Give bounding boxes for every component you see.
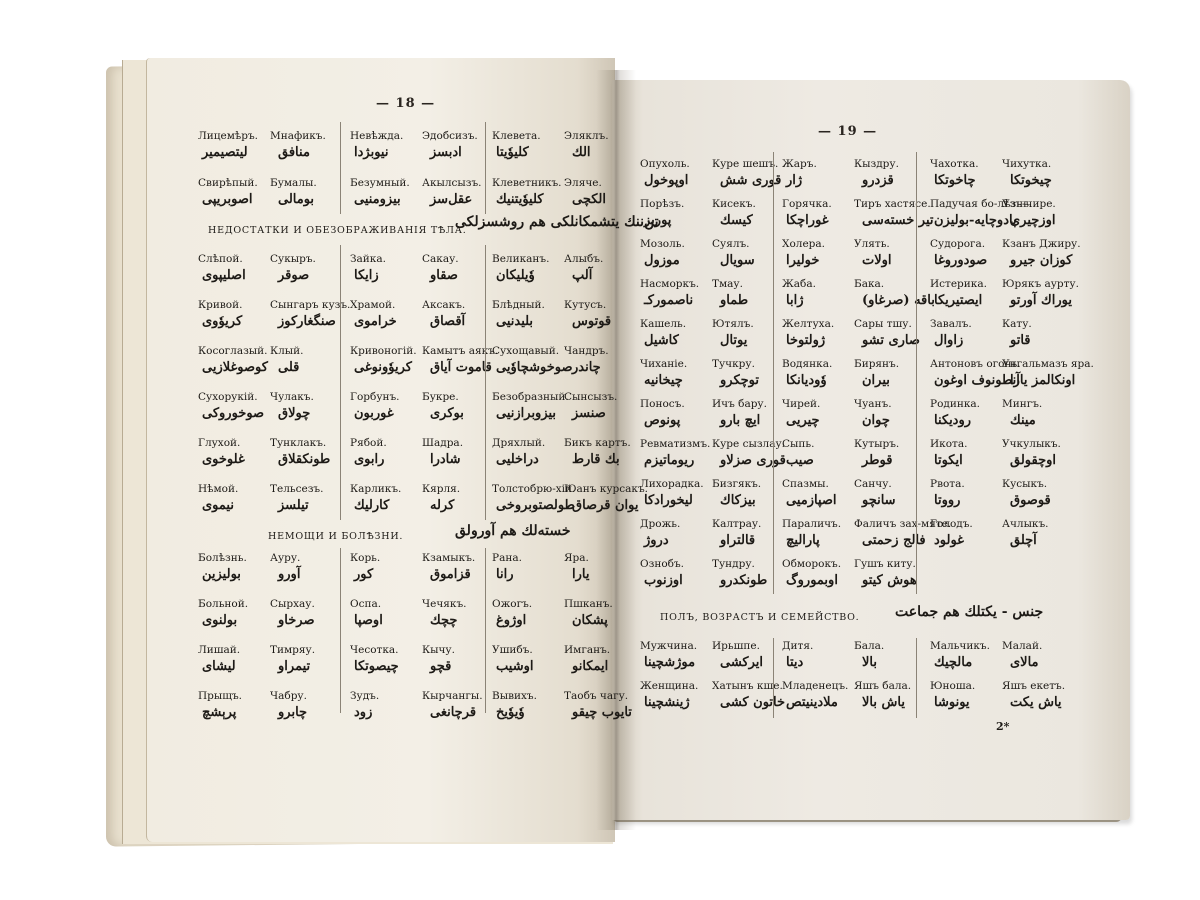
tatar-term-arabic-script: يوتال [720, 333, 747, 348]
tatar-term-cyrillic: Букре. [422, 391, 459, 403]
tatar-term-arabic-script: يارا [572, 567, 589, 582]
russian-term: Блѣдный. [492, 299, 545, 311]
tatar-term-cyrillic: Кыздру. [854, 158, 899, 170]
russian-term: Холера. [782, 238, 825, 250]
tatar-term-cyrillic: Эляче. [564, 177, 602, 189]
russian-term: Невѣжда. [350, 130, 403, 142]
russian-term-arabic-script: صيب [786, 453, 814, 468]
russian-term-arabic-script: ليخورادكا [644, 493, 693, 508]
tatar-term-arabic-script: هوش كيتو [862, 573, 917, 588]
russian-term: Сыпь. [782, 438, 814, 450]
russian-term-arabic-script: وٗوديانكا [786, 373, 827, 388]
tatar-term-cyrillic: Кату. [1002, 318, 1032, 330]
russian-term-arabic-script: كاشيل [644, 333, 679, 348]
russian-term: Параличъ. [782, 518, 841, 530]
page-number-left: — 18 — [376, 96, 435, 111]
russian-term: Слѣпой. [198, 253, 243, 265]
tatar-term-arabic-script: خاتون كشى [720, 695, 785, 710]
tatar-term-cyrillic: Кзамыкъ. [422, 552, 475, 564]
russian-term-arabic-script: اوصپا [354, 613, 383, 628]
russian-term: Безумный. [350, 177, 410, 189]
russian-term: Клевета. [492, 130, 541, 142]
tatar-term-cyrillic: Тмау. [712, 278, 743, 290]
russian-term-arabic-script: كليوٗيتنيك [496, 192, 543, 207]
russian-term-arabic-script: ژابا [786, 293, 803, 308]
tatar-term-arabic-script: صارى تشو [862, 333, 920, 348]
tatar-term-cyrillic: Ауру. [270, 552, 300, 564]
russian-term-arabic-script: ريوماتيزم [644, 453, 694, 468]
russian-term-arabic-script: چيصوتكا [354, 659, 399, 674]
tatar-term-arabic-script: ياش يكت [1010, 695, 1062, 710]
column-rule [340, 122, 341, 214]
russian-term-arabic-script: ژولتوخا [786, 333, 825, 348]
russian-term: Кривоногій. [350, 345, 417, 357]
russian-term: Горячка. [782, 198, 832, 210]
open-book: — 18 — — 19 — Лицемѣръ.Мнафикъ.ليتصيميرم… [0, 0, 1200, 900]
tatar-term-cyrillic: Акылсызъ. [422, 177, 482, 189]
tatar-term-cyrillic: Юанъ курсакъ. [564, 483, 648, 495]
tatar-term-arabic-script: ايمكانو [572, 659, 608, 674]
russian-term-arabic-script: ليتصيمير [202, 145, 248, 160]
russian-term: Обморокъ. [782, 558, 841, 570]
russian-term: Чиханіе. [640, 358, 687, 370]
tatar-term-arabic-script: قزدرو [862, 173, 894, 188]
russian-term-arabic-script: اصپازميى [786, 493, 837, 508]
tatar-term-arabic-script: بوكرى [430, 406, 464, 421]
tatar-term-cyrillic: Тимряу. [270, 644, 315, 656]
tatar-term-cyrillic: Кутусъ. [564, 299, 606, 311]
russian-term: Младенецъ. [782, 680, 848, 692]
russian-term-arabic-script: ناصموركـ [644, 293, 693, 308]
tatar-term-arabic-script: صنسز [572, 406, 606, 421]
tatar-term-arabic-script: طونكدرو [720, 573, 767, 588]
russian-term: Дряхлый. [492, 437, 545, 449]
tatar-term-cyrillic: Кисекъ. [712, 198, 756, 210]
tatar-term-arabic-script: چچك [430, 613, 457, 628]
tatar-term-cyrillic: Сукыръ. [270, 253, 316, 265]
tatar-term-cyrillic: Имганъ. [564, 644, 610, 656]
russian-term: Кривой. [198, 299, 242, 311]
tatar-term-arabic-script: مالاى [1010, 655, 1039, 670]
russian-term-arabic-script: زاوال [934, 333, 963, 348]
russian-term: Водянка. [782, 358, 832, 370]
russian-term: Сухощавый. [492, 345, 559, 357]
tatar-term-cyrillic: Кычу. [422, 644, 455, 656]
tatar-term-arabic-script: باقه (صرغاو) [862, 293, 935, 308]
russian-term-arabic-script: اصوبريپى [202, 192, 253, 207]
tatar-term-arabic-script: يوراك آورتو [1010, 293, 1072, 308]
russian-term-arabic-script: دروژ [644, 533, 669, 548]
tatar-term-cyrillic: Кусыкъ. [1002, 478, 1047, 490]
tatar-term-arabic-script: كيسك [720, 213, 753, 228]
russian-term-arabic-script: نيموى [202, 498, 234, 513]
russian-term-arabic-script: صودوروغا [934, 253, 987, 268]
tatar-term-arabic-script: قچو [430, 659, 451, 674]
russian-term: Корь. [350, 552, 380, 564]
russian-term-arabic-script: يونوشا [934, 695, 970, 710]
russian-term-arabic-script: زود [354, 705, 372, 720]
russian-term-arabic-script: ژار [786, 173, 802, 188]
tatar-term-arabic-script: كرله [430, 498, 454, 513]
section-heading-illness-ar: خسته‌لك هم آورولق [455, 523, 571, 539]
russian-term-arabic-script: اوزنوب [644, 573, 683, 588]
russian-term-arabic-script: ملادينيتص [786, 695, 838, 710]
tatar-term-cyrillic: Ачлыкъ. [1002, 518, 1049, 530]
russian-term-arabic-script: ژينشچينا [644, 695, 690, 710]
russian-term-arabic-script: كليوٗيتا [496, 145, 529, 160]
russian-term-arabic-script: روديكنا [934, 413, 971, 428]
russian-term: Опухоль. [640, 158, 690, 170]
tatar-term-cyrillic: Чихутка. [1002, 158, 1051, 170]
tatar-term-arabic-script: تيمراو [278, 659, 310, 674]
russian-term-arabic-script: طولصتوبروخى [496, 498, 575, 513]
russian-term-arabic-script: غولود [934, 533, 964, 548]
tatar-term-arabic-script: بالا [862, 655, 877, 670]
tatar-term-arabic-script: قلى [278, 360, 299, 375]
tatar-term-arabic-script: الك [572, 145, 591, 160]
tatar-term-arabic-script: ايچ بارو [720, 413, 760, 428]
tatar-term-arabic-script: آچلق [1010, 533, 1037, 548]
tatar-term-cyrillic: Чабру. [270, 690, 307, 702]
russian-term: Женщина. [640, 680, 698, 692]
tatar-term-arabic-script: اونكالمز يارا [1010, 373, 1075, 388]
russian-term: Желтуха. [782, 318, 834, 330]
russian-term: Горбунъ. [350, 391, 400, 403]
tatar-term-arabic-script: پشكان [572, 613, 608, 628]
russian-term-arabic-script: موزول [644, 253, 680, 268]
page-number-right: — 19 — [818, 124, 877, 139]
tatar-term-arabic-script: طماو [720, 293, 748, 308]
russian-term-arabic-script: چيريى [786, 413, 820, 428]
russian-term: Болѣзнь. [198, 552, 247, 564]
tatar-term-arabic-script: اوچقولق [1010, 453, 1056, 468]
russian-term-arabic-script: ديتا [786, 655, 803, 670]
column-rule [485, 548, 486, 713]
russian-term-arabic-script: ليشاى [202, 659, 236, 674]
russian-term: Дитя. [782, 640, 813, 652]
tatar-term-arabic-script: مينك [1010, 413, 1036, 428]
russian-term-arabic-script: موژشچينا [644, 655, 695, 670]
russian-term: Глухой. [198, 437, 240, 449]
tatar-term-arabic-script: قالتراو [720, 533, 755, 548]
tatar-term-cyrillic: Тундру. [712, 558, 755, 570]
tatar-term-cyrillic: Бизгякъ. [712, 478, 761, 490]
russian-term: Чахотка. [930, 158, 979, 170]
tatar-term-cyrillic: Тельсезъ. [270, 483, 323, 495]
russian-term: Зудъ. [350, 690, 379, 702]
russian-term: Свирѣпый. [198, 177, 258, 189]
column-rule [916, 152, 917, 594]
tatar-term-cyrillic: Учкулыкъ. [1002, 438, 1061, 450]
section-heading-family-ru: ПОЛЪ, ВОЗРАСТЪ И СЕМЕЙСТВО. [660, 612, 859, 623]
tatar-term-cyrillic: Сары тшу. [854, 318, 912, 330]
tatar-term-arabic-script: الكچى [572, 192, 606, 207]
tatar-term-arabic-script: آقصاق [430, 314, 465, 329]
russian-term: Порѣзъ. [640, 198, 684, 210]
tatar-term-cyrillic: Эляклъ. [564, 130, 609, 142]
tatar-term-cyrillic: Кутыръ. [854, 438, 899, 450]
tatar-term-cyrillic: Аксакъ. [422, 299, 465, 311]
russian-term-arabic-script: مالچيك [934, 655, 972, 670]
tatar-term-cyrillic: Чандръ. [564, 345, 609, 357]
tatar-term-arabic-script: چوان [862, 413, 890, 428]
tatar-term-arabic-script: ادبسز [430, 145, 462, 160]
tatar-term-arabic-script: بيزكاك [720, 493, 756, 508]
russian-term: Храмой. [350, 299, 395, 311]
tatar-term-arabic-script: قوطر [862, 453, 892, 468]
russian-term: Дрожь. [640, 518, 680, 530]
tatar-term-arabic-script: طونكقلاق [278, 452, 330, 467]
russian-term-arabic-script: كريوٗونوغى [354, 360, 412, 375]
russian-term-arabic-script: ايكوتا [934, 453, 963, 468]
tatar-term-arabic-script: بك قارط [572, 452, 620, 467]
russian-term: Клеветникъ. [492, 177, 562, 189]
russian-term: Рвота. [930, 478, 965, 490]
tatar-term-cyrillic: Сырхау. [270, 598, 315, 610]
russian-term: Оспа. [350, 598, 381, 610]
tatar-term-cyrillic: Мингъ. [1002, 398, 1042, 410]
russian-term-arabic-script: كور [354, 567, 373, 582]
russian-term-arabic-script: وٗيوٗيخ [496, 705, 525, 720]
russian-term-arabic-script: كارليك [354, 498, 389, 513]
russian-term: Нѣмой. [198, 483, 238, 495]
tatar-term-arabic-script: يوان قرصاق [572, 498, 639, 513]
russian-term: Кашель. [640, 318, 686, 330]
tatar-term-cyrillic: Камытъ аякъ. [422, 345, 498, 357]
russian-term-arabic-script: كوصوغلازيى [202, 360, 268, 375]
russian-term-arabic-script: رانا [496, 567, 513, 582]
russian-term: Прыщъ. [198, 690, 242, 702]
tatar-term-cyrillic: Гушъ киту. [854, 558, 916, 570]
tatar-term-cyrillic: Тучкру. [712, 358, 755, 370]
russian-term-arabic-script: بليدنيى [496, 314, 533, 329]
tatar-term-cyrillic: Алыбъ. [564, 253, 603, 265]
tatar-term-arabic-script: اولات [862, 253, 892, 268]
tatar-term-cyrillic: Яшъ екетъ. [1002, 680, 1065, 692]
tatar-term-cyrillic: Пшканъ. [564, 598, 613, 610]
russian-term: Больной. [198, 598, 248, 610]
tatar-term-cyrillic: Сынсызъ. [564, 391, 617, 403]
tatar-term-arabic-script: شادرا [430, 452, 461, 467]
russian-term-arabic-script: غوراچكا [786, 213, 829, 228]
tatar-term-cyrillic: Чулакъ. [270, 391, 314, 403]
russian-term: Родинка. [930, 398, 980, 410]
russian-term: Мужчина. [640, 640, 697, 652]
russian-term-arabic-script: اوژوغ [496, 613, 526, 628]
russian-term: Истерика. [930, 278, 987, 290]
tatar-term-cyrillic: Таобъ чагу. [564, 690, 628, 702]
section-heading-defects-ru: НЕДОСТАТКИ И ОБЕЗОБРАЖИВАНІЯ ТѢЛА. [208, 225, 467, 236]
russian-term-arabic-script: چيخانيه [644, 373, 683, 388]
column-rule [485, 122, 486, 214]
tatar-term-cyrillic: Улять. [854, 238, 890, 250]
russian-term-arabic-script: دراخليى [496, 452, 539, 467]
tatar-term-cyrillic: Бала. [854, 640, 884, 652]
russian-term: Рана. [492, 552, 522, 564]
left-page [146, 58, 615, 842]
tatar-term-cyrillic: Яра. [564, 552, 589, 564]
tatar-term-cyrillic: Бикъ картъ. [564, 437, 631, 449]
tatar-term-cyrillic: Санчу. [854, 478, 892, 490]
russian-term: Мозоль. [640, 238, 685, 250]
russian-term-arabic-script: پرېشچ [202, 705, 236, 720]
section-heading-illness-ru: НЕМОЩИ И БОЛѢЗНИ. [268, 531, 403, 542]
russian-term-arabic-script: پونوص [644, 413, 680, 428]
tatar-term-cyrillic: Кырчангы. [422, 690, 483, 702]
russian-term-arabic-script: بولنوى [202, 613, 237, 628]
tatar-term-cyrillic: Сакау. [422, 253, 459, 265]
russian-term-arabic-script: نيوبژدا [354, 145, 388, 160]
tatar-term-cyrillic: Бумалы. [270, 177, 317, 189]
russian-term-arabic-script: چاخوتكا [934, 173, 976, 188]
column-rule [340, 548, 341, 713]
tatar-term-arabic-script: بومالى [278, 192, 314, 207]
column-rule [340, 245, 341, 520]
tatar-term-cyrillic: Ирьшпе. [712, 640, 760, 652]
tatar-term-arabic-script: بيران [862, 373, 890, 388]
tatar-term-arabic-script: تايوب چيقو [572, 705, 632, 720]
tatar-term-cyrillic: Калтрау. [712, 518, 761, 530]
russian-term: Мальчикъ. [930, 640, 990, 652]
tatar-term-arabic-script: قاموت آياق [430, 360, 492, 375]
russian-term-arabic-script: غوربون [354, 406, 394, 421]
tatar-term-cyrillic: Клый. [270, 345, 304, 357]
russian-term-arabic-script: وٗيليكان [496, 268, 535, 283]
tatar-term-arabic-script: قورى صزلاو [720, 453, 786, 468]
tatar-term-cyrillic: Ютялъ. [712, 318, 754, 330]
tatar-term-arabic-script: قاتو [1010, 333, 1031, 348]
russian-term-arabic-script: خوليرا [786, 253, 819, 268]
tatar-term-arabic-script: قرچانغى [430, 705, 476, 720]
russian-term-arabic-script: غلوخوى [202, 452, 245, 467]
tatar-term-cyrillic: Чечякъ. [422, 598, 466, 610]
tatar-term-cyrillic: Мнафикъ. [270, 130, 326, 142]
russian-term: Жаръ. [782, 158, 817, 170]
tatar-term-arabic-script: صرخاو [278, 613, 315, 628]
russian-term-arabic-script: ايصتيريكا [934, 293, 982, 308]
tatar-term-arabic-script: صقاو [430, 268, 458, 283]
russian-term-arabic-script: آنطونوف اوغون [934, 373, 1020, 388]
tatar-term-cyrillic: Яшъ бала. [854, 680, 911, 692]
tatar-term-arabic-script: قوصوق [1010, 493, 1051, 508]
russian-term-arabic-script: رووتا [934, 493, 960, 508]
russian-term: Голодъ. [930, 518, 973, 530]
tatar-term-arabic-script: چابرو [278, 705, 307, 720]
russian-term-arabic-script: پاراليچ [786, 533, 820, 548]
russian-term: Толстобрю-хій. [492, 483, 575, 495]
russian-term-arabic-script: اصليپوى [202, 268, 246, 283]
tatar-term-cyrillic: Кярля. [422, 483, 460, 495]
section-heading-family-ar: جنس - يكتلك هم جماعت [895, 604, 1043, 620]
russian-term: Карликъ. [350, 483, 401, 495]
tatar-term-cyrillic: Тиръ хастясе. [854, 198, 931, 210]
russian-term-arabic-script: صوخوشچاوٗيى [496, 360, 572, 375]
russian-term: Рябой. [350, 437, 387, 449]
tatar-term-cyrillic: Чуанъ. [854, 398, 892, 410]
russian-term: Лишай. [198, 644, 240, 656]
tatar-term-cyrillic: Суялъ. [712, 238, 750, 250]
russian-term: Вывихъ. [492, 690, 537, 702]
russian-term: Великанъ. [492, 253, 549, 265]
russian-term: Зайка. [350, 253, 386, 265]
column-rule [916, 638, 917, 718]
tatar-term-cyrillic: Тунклакъ. [270, 437, 326, 449]
column-rule [773, 152, 774, 594]
tatar-term-arabic-script: آلپ [572, 268, 592, 283]
tatar-term-arabic-script: قزاموق [430, 567, 471, 582]
printer-signature-mark: 2* [996, 720, 1009, 733]
russian-term: Ревматизмъ. [640, 438, 710, 450]
russian-term-arabic-script: اوشيب [496, 659, 533, 674]
russian-term: Сухорукій. [198, 391, 258, 403]
tatar-term-arabic-script: كوزان جيرو [1010, 253, 1072, 268]
russian-term: Безобразный. [492, 391, 569, 403]
tatar-term-arabic-script: قوتوس [572, 314, 611, 329]
tatar-term-cyrillic: Сынгаръ кузъ. [270, 299, 350, 311]
tatar-term-arabic-script: صوقر [278, 268, 309, 283]
tatar-term-arabic-script: صنگغاركوز [278, 314, 336, 329]
tatar-term-arabic-script: چيخوتكا [1010, 173, 1052, 188]
russian-term-arabic-script: بوليزين [202, 567, 241, 582]
tatar-term-cyrillic: Узъ-чире. [1002, 198, 1056, 210]
tatar-term-arabic-script: ياش بالا [862, 695, 905, 710]
russian-term-arabic-script: پادوچايه-بوليزن [934, 213, 1017, 228]
russian-term: Юноша. [930, 680, 975, 692]
russian-term: Завалъ. [930, 318, 972, 330]
tatar-term-cyrillic: Куре сызлау. [712, 438, 785, 450]
russian-term-arabic-script: بيزوبرازنيى [496, 406, 556, 421]
tatar-term-cyrillic: Эдобсизъ. [422, 130, 478, 142]
tatar-term-arabic-script: چولاق [278, 406, 310, 421]
tatar-term-cyrillic: Малай. [1002, 640, 1042, 652]
tatar-term-cyrillic: Бака. [854, 278, 884, 290]
tatar-term-cyrillic: Шадра. [422, 437, 463, 449]
russian-term: Жаба. [782, 278, 816, 290]
russian-term: Чесотка. [350, 644, 399, 656]
russian-term: Чирей. [782, 398, 820, 410]
tatar-term-arabic-script: عقل‌سز [430, 192, 472, 207]
russian-term-arabic-script: زايكا [354, 268, 379, 283]
russian-term-arabic-script: صوخوروكى [202, 406, 264, 421]
russian-term: Лицемѣръ. [198, 130, 258, 142]
tatar-term-cyrillic: Унгальмазъ яра. [1002, 358, 1094, 370]
russian-term: Ушибъ. [492, 644, 533, 656]
russian-term: Ознобъ. [640, 558, 684, 570]
russian-term: Насморкъ. [640, 278, 699, 290]
tatar-term-arabic-script: چاندر [572, 360, 601, 375]
russian-term: Спазмы. [782, 478, 829, 490]
russian-term-arabic-script: بيزومنيى [354, 192, 401, 207]
tatar-term-cyrillic: Ичъ бару. [712, 398, 767, 410]
russian-term-arabic-script: خراموى [354, 314, 397, 329]
tatar-term-arabic-script: اوزچيرى [1010, 213, 1055, 228]
russian-term: Поносъ. [640, 398, 685, 410]
tatar-term-arabic-script: سويال [720, 253, 755, 268]
russian-term-arabic-script: رابوى [354, 452, 384, 467]
tatar-term-cyrillic: Юрякъ аурту. [1002, 278, 1079, 290]
tatar-term-cyrillic: Кзанъ Джиру. [1002, 238, 1081, 250]
russian-term: Лихорадка. [640, 478, 704, 490]
tatar-term-cyrillic: Бирянъ. [854, 358, 899, 370]
russian-term-arabic-script: اوپوخول [644, 173, 688, 188]
tatar-term-arabic-script: ايركشى [720, 655, 763, 670]
tatar-term-arabic-script: توچكرو [720, 373, 759, 388]
russian-term-arabic-script: كريوٗوى [202, 314, 242, 329]
section-heading-defects-ar: تن‌ننك يتشمكانلكى هم روشسزلكى [455, 214, 659, 230]
tatar-term-cyrillic: Куре шешъ. [712, 158, 778, 170]
tatar-term-arabic-script: تير خسته‌سى [862, 213, 934, 228]
russian-term: Косоглазый. [198, 345, 268, 357]
